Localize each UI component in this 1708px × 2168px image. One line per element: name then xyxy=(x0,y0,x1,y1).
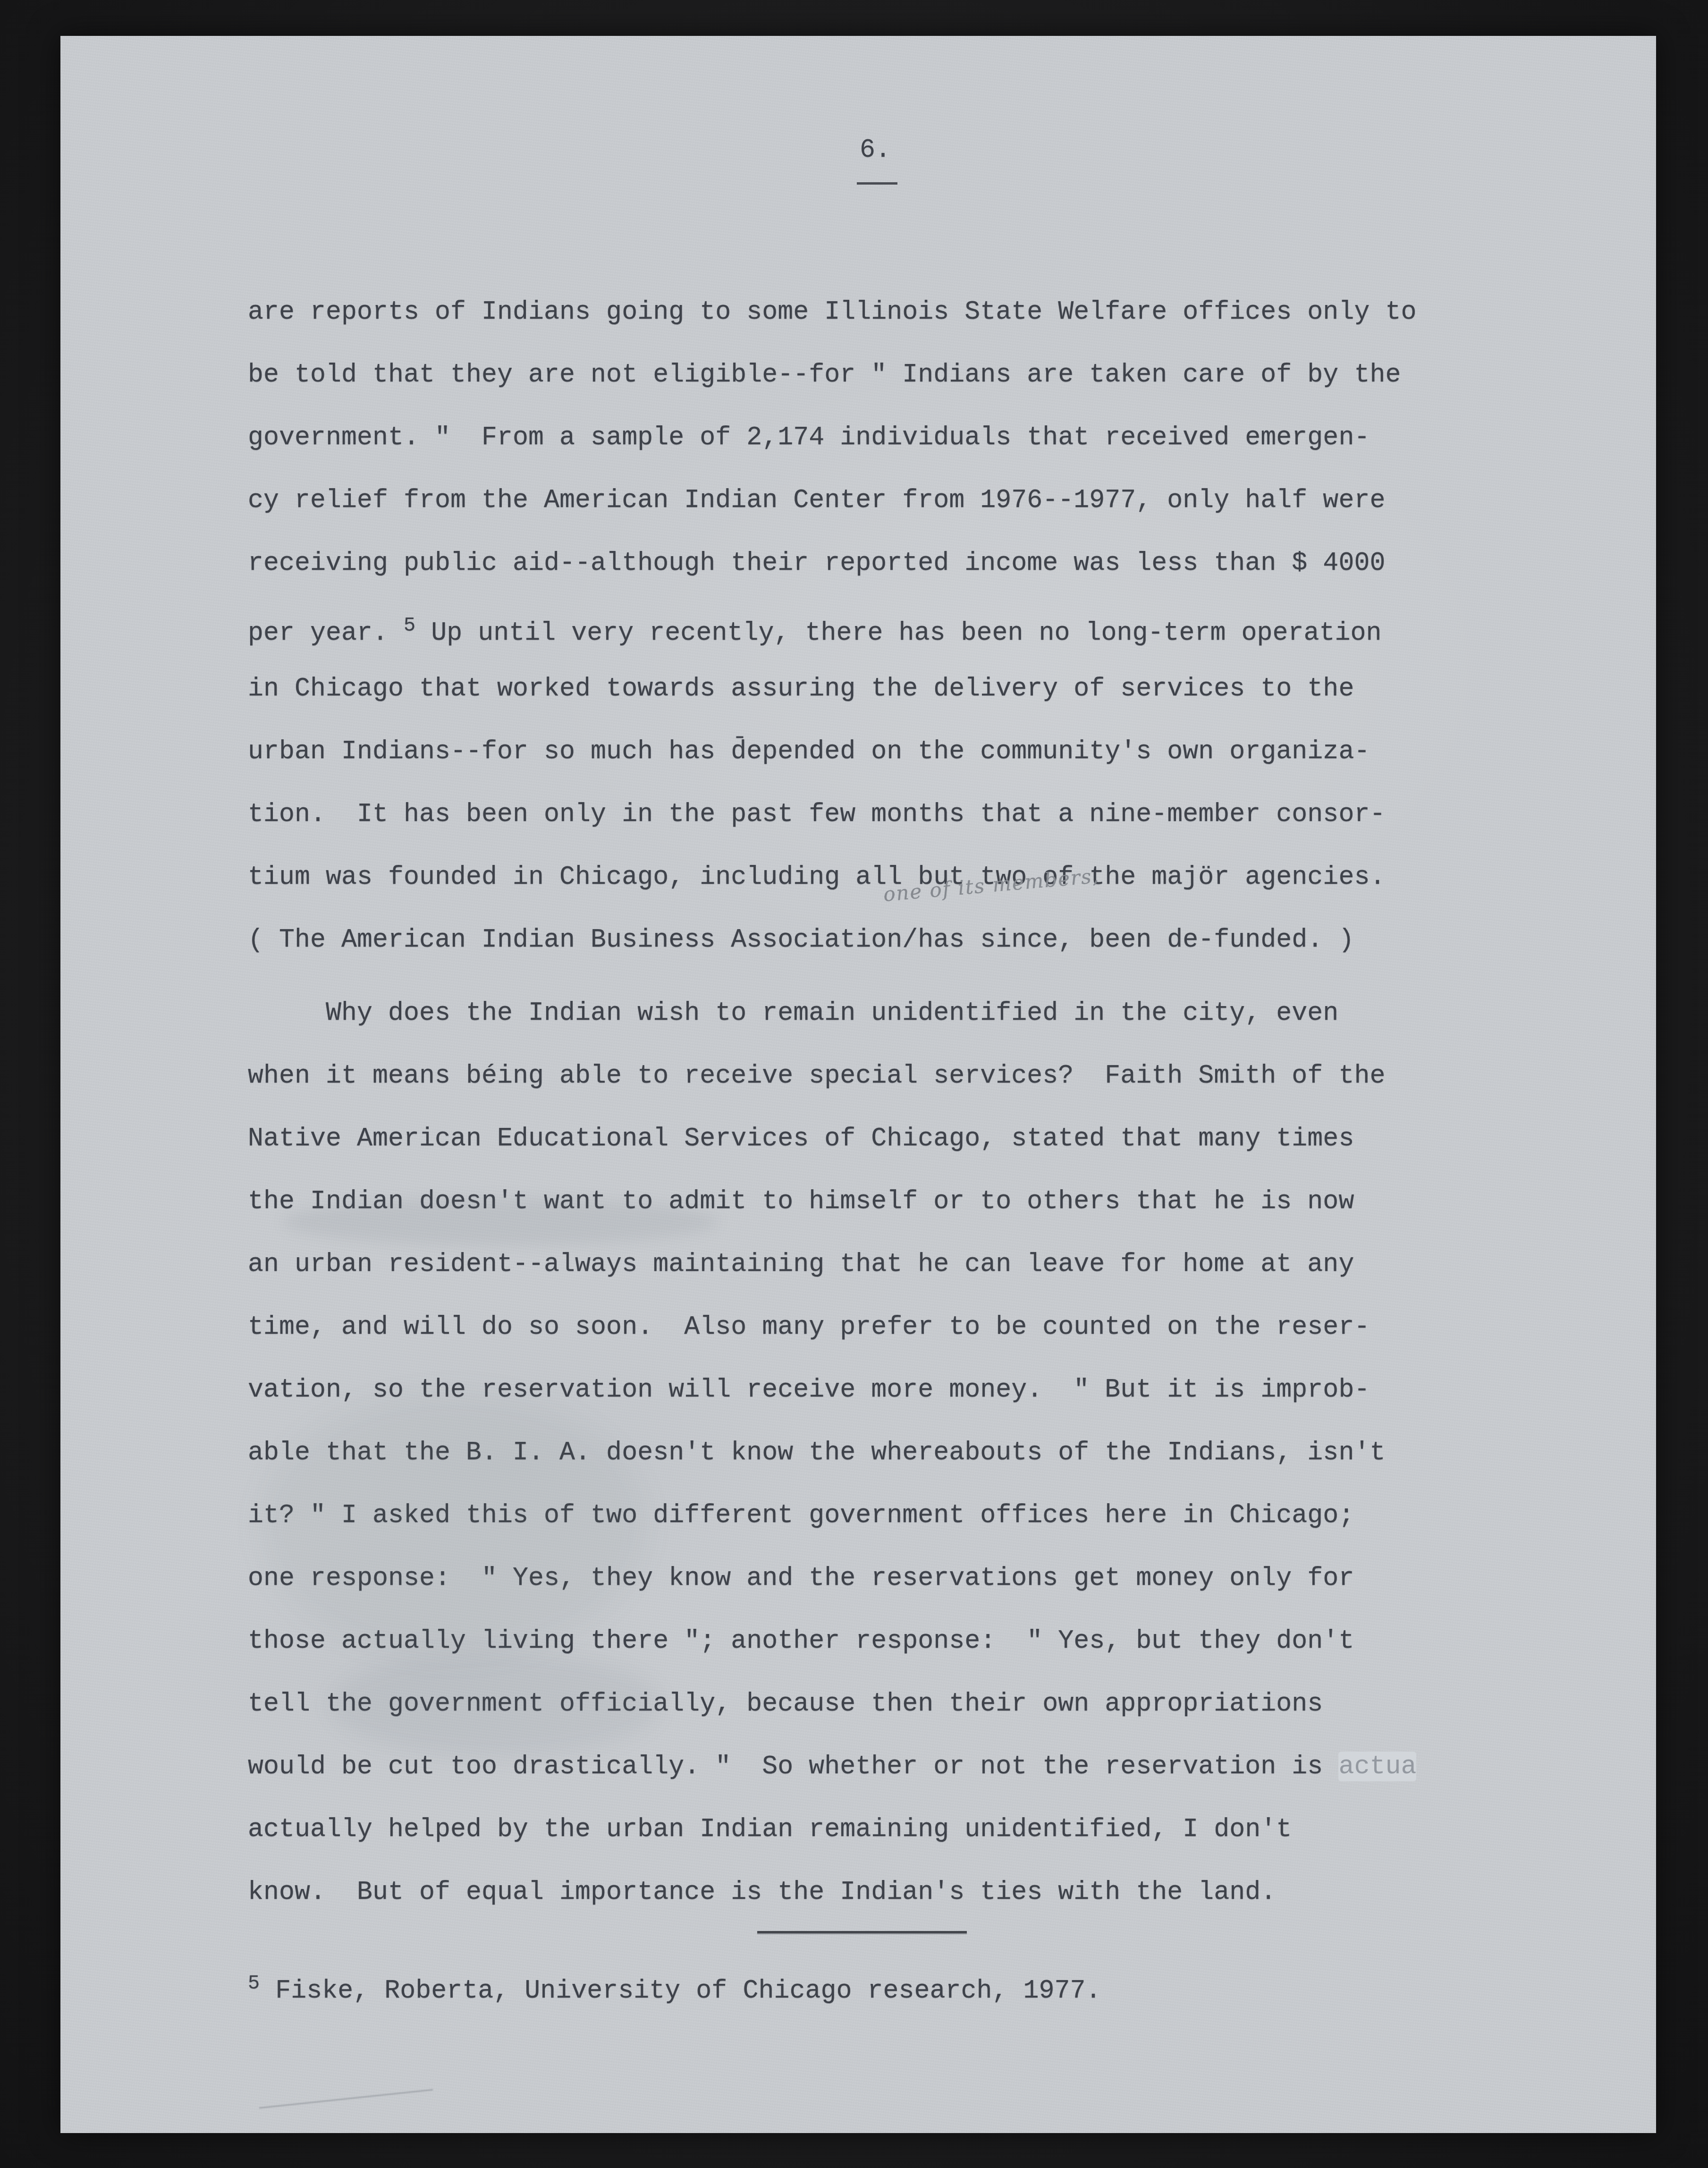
typed-line: cy relief from the American Indian Cente… xyxy=(248,469,1475,532)
footnote-ref-5: 5 xyxy=(404,614,415,637)
footnote-number: 5 xyxy=(248,1972,260,1995)
typed-line: tion. It has been only in the past few m… xyxy=(248,783,1475,846)
typed-line: know. But of equal importance is the Ind… xyxy=(248,1861,1475,1923)
typed-line: it? " I asked this of two different gove… xyxy=(248,1484,1475,1547)
paragraph-2: Why does the Indian wish to remain unide… xyxy=(248,982,1475,1923)
typed-line: in Chicago that worked towards assuring … xyxy=(248,657,1475,720)
line-text: Up until very recently, there has been n… xyxy=(415,618,1381,648)
typed-line: one response: " Yes, they know and the r… xyxy=(248,1547,1475,1609)
typed-line: actually helped by the urban Indian rema… xyxy=(248,1798,1475,1861)
typed-line-with-erasure: would be cut too drastically. " So wheth… xyxy=(248,1735,1475,1798)
typed-line: vation, so the reservation will receive … xyxy=(248,1358,1475,1421)
paper-crease-mark xyxy=(259,2089,433,2109)
paragraph-1: are reports of Indians going to some Ill… xyxy=(248,280,1475,971)
line-text: would be cut too drastically. " So wheth… xyxy=(248,1752,1338,1781)
scanned-document: { "page_number": "6.", "para1": { "l1": … xyxy=(0,0,1708,2168)
typed-line: be told that they are not eligible--for … xyxy=(248,343,1475,406)
typed-line: when it means béing able to receive spec… xyxy=(248,1044,1475,1107)
typed-line: Native American Educational Services of … xyxy=(248,1107,1475,1170)
typed-line: time, and will do so soon. Also many pre… xyxy=(248,1296,1475,1358)
typed-line: an urban resident--always maintaining th… xyxy=(248,1233,1475,1296)
typed-line: those actually living there "; another r… xyxy=(248,1609,1475,1672)
typed-line-with-footnote-ref: per year. 5 Up until very recently, ther… xyxy=(248,594,1475,657)
page-number: 6. xyxy=(857,119,897,185)
typed-line: government. " From a sample of 2,174 ind… xyxy=(248,406,1475,469)
line-text: per year. xyxy=(248,618,404,648)
document-page: 6. are reports of Indians going to some … xyxy=(60,36,1656,2133)
typed-line: tell the government officially, because … xyxy=(248,1672,1475,1735)
footnote: 5 Fiske, Roberta, University of Chicago … xyxy=(248,1952,1101,2015)
typed-line: urban Indians--for so much has d̄epended… xyxy=(248,720,1475,783)
erased-word: actua xyxy=(1338,1752,1416,1781)
typed-line: able that the B. I. A. doesn't know the … xyxy=(248,1421,1475,1484)
typed-line: are reports of Indians going to some Ill… xyxy=(248,280,1475,343)
footnote-text: Fiske, Roberta, University of Chicago re… xyxy=(260,1976,1101,2006)
footnote-line: 5 Fiske, Roberta, University of Chicago … xyxy=(248,1952,1101,2015)
typed-line: Why does the Indian wish to remain unide… xyxy=(248,982,1475,1044)
typed-line: receiving public aid--although their rep… xyxy=(248,532,1475,594)
typed-line: tium was founded in Chicago, including a… xyxy=(248,846,1475,908)
footnote-separator-rule xyxy=(757,1931,967,1933)
typed-line: the Indian doesn't want to admit to hims… xyxy=(248,1170,1475,1233)
typed-line: ( The American Indian Business Associati… xyxy=(248,908,1475,971)
